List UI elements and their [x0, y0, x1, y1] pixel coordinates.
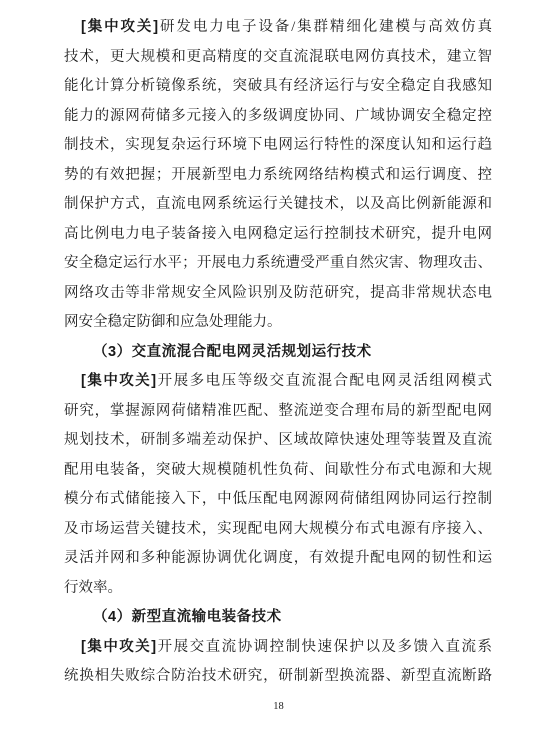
line-text: 及市场运营关键技术，实现配电网大规模分布式电源有序接入、	[64, 521, 492, 537]
text-line: 网安全稳定防御和应急处理能力。	[64, 308, 492, 338]
line-text: 行效率。	[64, 580, 122, 596]
line-text: 模分布式储能接入下，中低压配电网源网荷储组网协同运行控制	[64, 491, 492, 507]
text-line: 研究，掌握源网荷储精准匹配、整流逆变合理布局的新型配电网	[64, 397, 492, 427]
text-line: 高比例电力电子装备接入电网稳定运行控制技术研究，提升电网	[64, 220, 492, 250]
line-text: （4）新型直流输电装备技术	[93, 609, 282, 625]
text-line: 网络攻击等非常规安全风险识别及防范研究，提高非常规状态电	[64, 279, 492, 309]
section-heading: （3）交直流混合配电网灵活规划运行技术	[64, 338, 492, 368]
line-text: 研发电力电子设备/集群精细化建模与高效仿真	[158, 19, 492, 35]
page-number: 18	[0, 701, 557, 712]
line-text: 研究，掌握源网荷储精准匹配、整流逆变合理布局的新型配电网	[64, 403, 492, 419]
text-line: （4）新型直流输电装备技术	[64, 603, 492, 633]
text-line: （3）交直流混合配电网灵活规划运行技术	[64, 338, 492, 368]
line-text: 开展交直流协调控制快速保护以及多馈入直流系	[156, 639, 492, 655]
line-text: 网安全稳定防御和应急处理能力。	[64, 314, 282, 330]
text-line: 势的有效把握；开展新型电力系统网络结构模式和运行调度、控	[64, 161, 492, 191]
line-text: 规划技术，研制多端差动保护、区域故障快速处理等装置及直流	[64, 432, 492, 448]
text-line: [集中攻关]开展多电压等级交直流混合配电网灵活组网模式	[64, 367, 492, 397]
page-content: [集中攻关]研发电力电子设备/集群精细化建模与高效仿真技术，更大规模和更高精度的…	[64, 13, 492, 692]
line-text: 能力的源网荷储多元接入的多级调度协同、广域协调安全稳定控	[64, 108, 492, 124]
text-line: [集中攻关]开展交直流协调控制快速保护以及多馈入直流系	[64, 633, 492, 663]
emphasis-tag: [集中攻关]	[81, 19, 158, 35]
text-line: [集中攻关]研发电力电子设备/集群精细化建模与高效仿真	[64, 13, 492, 43]
text-line: 行效率。	[64, 574, 492, 604]
line-text: 灵活并网和多种能源协调优化调度，有效提升配电网的韧性和运	[64, 550, 492, 566]
line-text: 技术，更大规模和更高精度的交直流混联电网仿真技术，建立智	[64, 49, 492, 65]
text-line: 及市场运营关键技术，实现配电网大规模分布式电源有序接入、	[64, 515, 492, 545]
section-heading: （4）新型直流输电装备技术	[64, 603, 492, 633]
text-line: 能化计算分析镜像系统，突破具有经济运行与安全稳定自我感知	[64, 72, 492, 102]
text-line: 能力的源网荷储多元接入的多级调度协同、广域协调安全稳定控	[64, 102, 492, 132]
text-line: 配用电装备，突破大规模随机性负荷、间歇性分布式电源和大规	[64, 456, 492, 486]
emphasis-tag: [集中攻关]	[81, 639, 156, 655]
line-text: 统换相失败综合防治技术研究，研制新型换流器、新型直流断路	[64, 668, 492, 684]
text-line: 安全稳定运行水平；开展电力系统遭受严重自然灾害、物理攻击、	[64, 249, 492, 279]
line-text: 势的有效把握；开展新型电力系统网络结构模式和运行调度、控	[64, 167, 492, 183]
document-page: [集中攻关]研发电力电子设备/集群精细化建模与高效仿真技术，更大规模和更高精度的…	[0, 0, 557, 732]
line-text: 开展多电压等级交直流混合配电网灵活组网模式	[156, 373, 492, 389]
line-text: 高比例电力电子装备接入电网稳定运行控制技术研究，提升电网	[64, 226, 492, 242]
text-line: 制技术，实现复杂运行环境下电网运行特性的深度认知和运行趋	[64, 131, 492, 161]
line-text: 制技术，实现复杂运行环境下电网运行特性的深度认知和运行趋	[64, 137, 492, 153]
line-text: 制保护方式，直流电网系统运行关键技术，以及高比例新能源和	[64, 196, 492, 212]
body-paragraph: [集中攻关]研发电力电子设备/集群精细化建模与高效仿真技术，更大规模和更高精度的…	[64, 13, 492, 338]
emphasis-tag: [集中攻关]	[81, 373, 156, 389]
body-paragraph: [集中攻关]开展交直流协调控制快速保护以及多馈入直流系统换相失败综合防治技术研究…	[64, 633, 492, 692]
line-text: 网络攻击等非常规安全风险识别及防范研究，提高非常规状态电	[64, 285, 492, 301]
text-line: 统换相失败综合防治技术研究，研制新型换流器、新型直流断路	[64, 662, 492, 692]
line-text: 安全稳定运行水平；开展电力系统遭受严重自然灾害、物理攻击、	[64, 255, 492, 271]
text-line: 技术，更大规模和更高精度的交直流混联电网仿真技术，建立智	[64, 43, 492, 73]
text-line: 模分布式储能接入下，中低压配电网源网荷储组网协同运行控制	[64, 485, 492, 515]
text-line: 规划技术，研制多端差动保护、区域故障快速处理等装置及直流	[64, 426, 492, 456]
line-text: （3）交直流混合配电网灵活规划运行技术	[93, 344, 372, 360]
body-paragraph: [集中攻关]开展多电压等级交直流混合配电网灵活组网模式研究，掌握源网荷储精准匹配…	[64, 367, 492, 603]
text-line: 灵活并网和多种能源协调优化调度，有效提升配电网的韧性和运	[64, 544, 492, 574]
line-text: 配用电装备，突破大规模随机性负荷、间歇性分布式电源和大规	[64, 462, 492, 478]
line-text: 能化计算分析镜像系统，突破具有经济运行与安全稳定自我感知	[64, 78, 492, 94]
text-line: 制保护方式，直流电网系统运行关键技术，以及高比例新能源和	[64, 190, 492, 220]
